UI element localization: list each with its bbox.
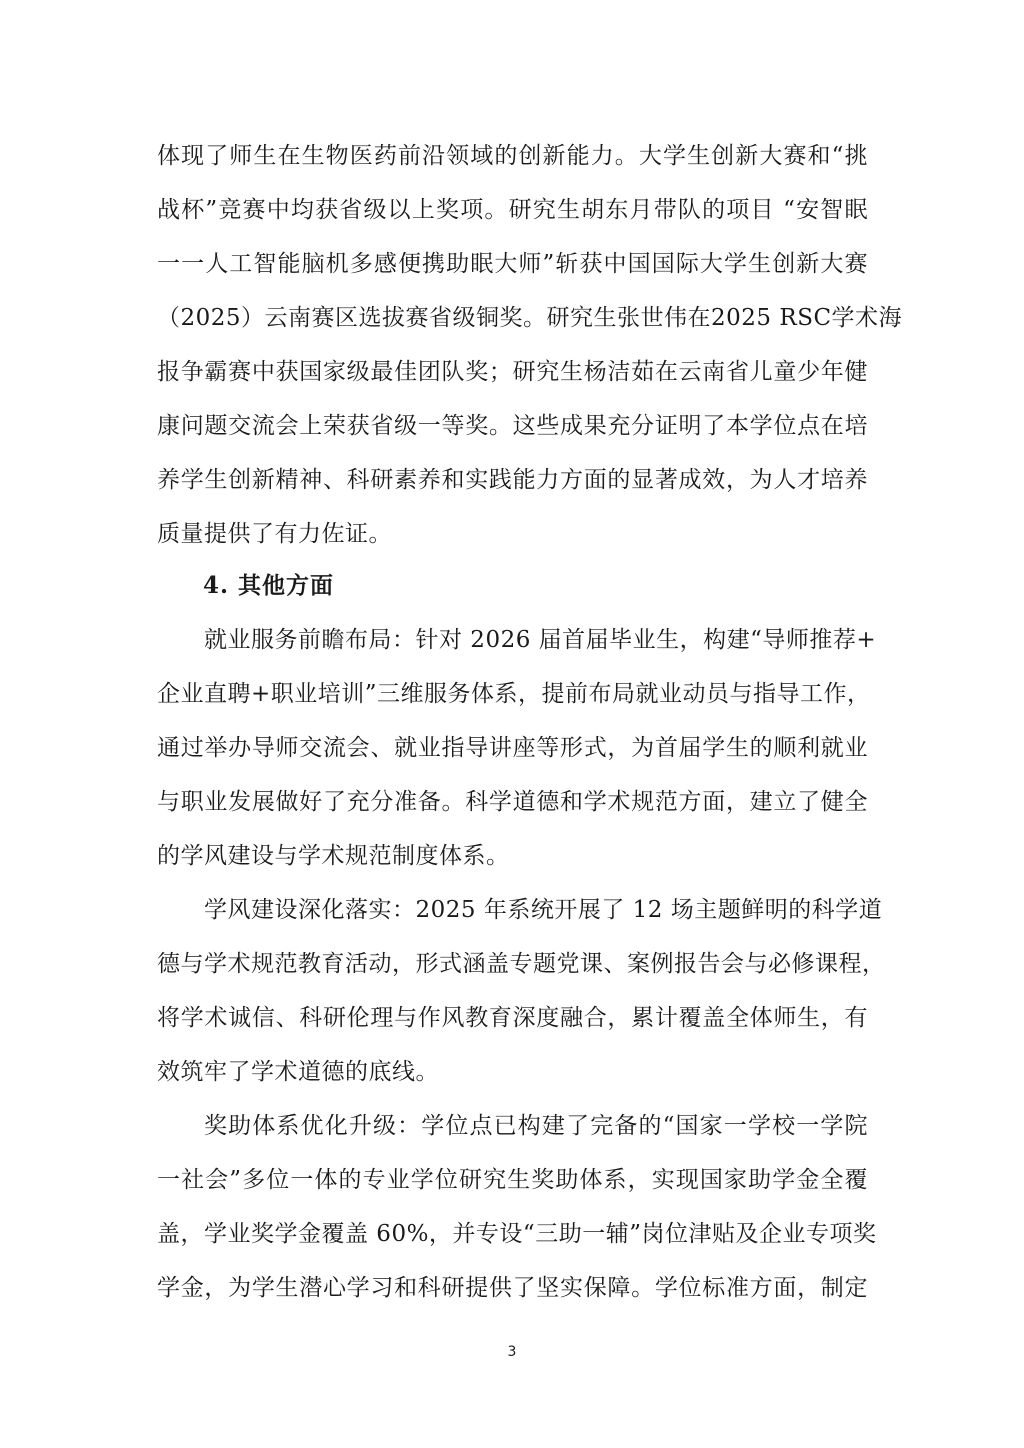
paragraph-line: 一一人工智能脑机多感便携助眠大师”斩获中国国际大学生创新大赛 — [157, 249, 868, 279]
page-number: 3 — [0, 1344, 1024, 1360]
paragraph-line: 将学术诚信、科研伦理与作风教育深度融合，累计覆盖全体师生，有 — [157, 1003, 868, 1033]
paragraph-line: 学金，为学生潜心学习和科研提供了坚实保障。学位标准方面，制定 — [157, 1273, 868, 1303]
paragraph-line: 企业直聘+职业培训”三维服务体系，提前布局就业动员与指导工作， — [157, 679, 868, 709]
paragraph-line: 质量提供了有力佐证。 — [157, 519, 868, 549]
paragraph-line: 养学生创新精神、科研素养和实践能力方面的显著成效，为人才培养 — [157, 465, 868, 495]
paragraph-line: 就业服务前瞻布局：针对 2026 届首届毕业生，构建“导师推荐+ — [204, 625, 868, 655]
paragraph-line: 康问题交流会上荣获省级一等奖。这些成果充分证明了本学位点在培 — [157, 411, 868, 441]
paragraph-line: 报争霸赛中获国家级最佳团队奖；研究生杨洁茹在云南省儿童少年健 — [157, 357, 868, 387]
paragraph-line: 一社会”多位一体的专业学位研究生奖助体系，实现国家助学金全覆 — [157, 1165, 868, 1195]
document-page: 体现了师生在生物医药前沿领域的创新能力。大学生创新大赛和“挑 战杯”竞赛中均获省… — [0, 0, 1024, 1448]
paragraph-line: 通过举办导师交流会、就业指导讲座等形式，为首届学生的顺利就业 — [157, 733, 868, 763]
paragraph-line: 效筑牢了学术道德的底线。 — [157, 1057, 868, 1087]
paragraph-line: 与职业发展做好了充分准备。科学道德和学术规范方面，建立了健全 — [157, 787, 868, 817]
paragraph-line: 的学风建设与学术规范制度体系。 — [157, 841, 868, 871]
paragraph-line: （2025）云南赛区选拔赛省级铜奖。研究生张世伟在2025 RSC学术海 — [157, 303, 868, 333]
paragraph-line: 德与学术规范教育活动，形式涵盖专题党课、案例报告会与必修课程， — [157, 949, 868, 979]
paragraph-line: 盖，学业奖学金覆盖 60%，并专设“三助一辅”岗位津贴及企业专项奖 — [157, 1219, 868, 1249]
paragraph-line: 奖助体系优化升级：学位点已构建了完备的“国家一学校一学院 — [204, 1111, 868, 1141]
paragraph-line: 体现了师生在生物医药前沿领域的创新能力。大学生创新大赛和“挑 — [157, 141, 868, 171]
paragraph-line: 学风建设深化落实：2025 年系统开展了 12 场主题鲜明的科学道 — [204, 895, 868, 925]
paragraph-line: 战杯”竞赛中均获省级以上奖项。研究生胡东月带队的项目 “安智眠 — [157, 195, 868, 225]
section-heading: 4. 其他方面 — [203, 571, 334, 601]
